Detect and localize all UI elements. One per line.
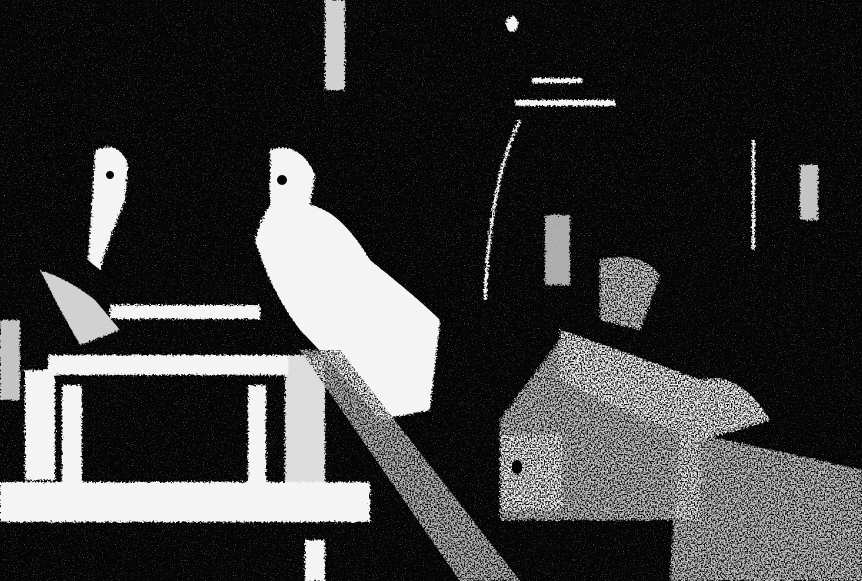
halftone-photo: High-contrast black-and-white halftone p… (0, 0, 862, 581)
stage-apron (0, 482, 370, 522)
railing-post (62, 385, 82, 485)
background-figure (545, 215, 570, 285)
stage-railing-top (110, 305, 260, 319)
left-edge-figure (0, 320, 20, 400)
spotlight-icon (506, 16, 518, 32)
face-detail (106, 171, 114, 179)
railing-post (248, 385, 266, 485)
photo-canvas (0, 0, 862, 581)
light-streak (532, 78, 582, 83)
rope (752, 140, 755, 250)
sign-mark (512, 460, 522, 474)
light-streak (515, 100, 615, 106)
face-detail (277, 175, 287, 185)
background-figure (800, 165, 818, 220)
top-light-column (325, 0, 345, 90)
railing-post (305, 540, 325, 581)
stage-railing (48, 355, 288, 375)
railing-side (25, 370, 55, 480)
